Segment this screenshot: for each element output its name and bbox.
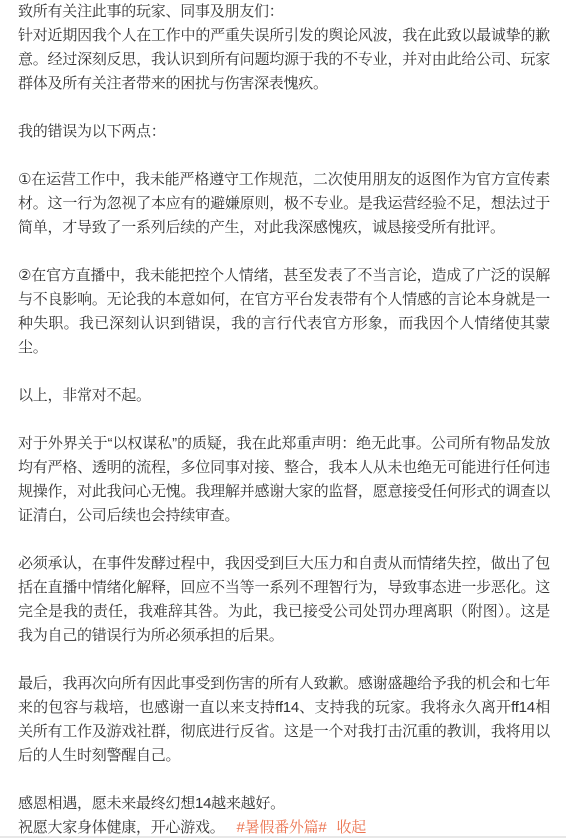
collapse-link[interactable]: 收起 [336,819,366,836]
post-body: 致所有关注此事的玩家、同事及朋友们： 针对近期因我个人在工作中的严重失误所引发的… [18,0,550,838]
post-text: 致所有关注此事的玩家、同事及朋友们： 针对近期因我个人在工作中的严重失误所引发的… [18,3,550,836]
hashtag-link[interactable]: #暑假番外篇# [237,819,327,836]
post-detail-page: 致所有关注此事的玩家、同事及朋友们： 针对近期因我个人在工作中的严重失误所引发的… [0,0,566,838]
